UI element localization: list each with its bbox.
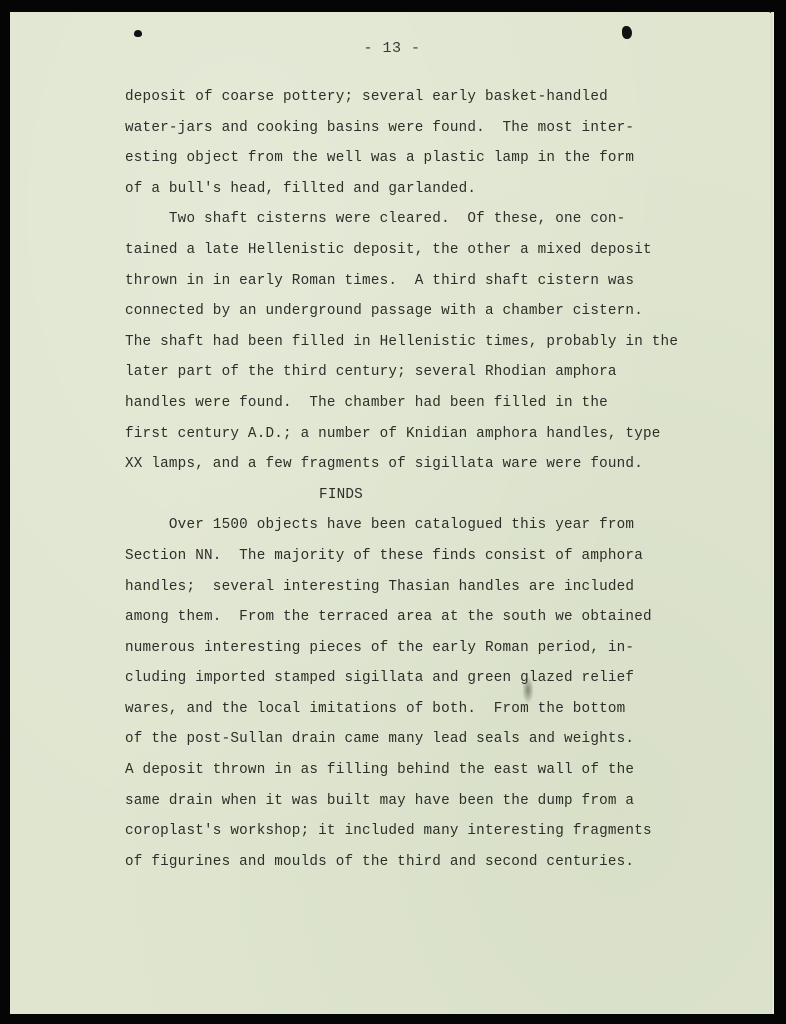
- paragraph-cisterns: Two shaft cisterns were cleared. Of thes…: [125, 204, 725, 479]
- text-line: of a bull's head, fillted and garlanded.: [125, 174, 725, 205]
- page-edge: [771, 12, 774, 1014]
- punch-hole-right: [622, 26, 632, 39]
- text-line: of figurines and moulds of the third and…: [125, 847, 725, 878]
- paragraph-well-finds: deposit of coarse pottery; several early…: [125, 82, 725, 204]
- page-number: - 13 -: [10, 40, 774, 57]
- text-line: The shaft had been filled in Hellenistic…: [125, 327, 725, 358]
- text-line: esting object from the well was a plasti…: [125, 143, 725, 174]
- typewritten-page: - 13 - deposit of coarse pottery; severa…: [10, 12, 774, 1014]
- text-line: handles; several interesting Thasian han…: [125, 572, 725, 603]
- text-line: tained a late Hellenistic deposit, the o…: [125, 235, 725, 266]
- text-line: cluding imported stamped sigillata and g…: [125, 663, 725, 694]
- text-line: coroplast's workshop; it included many i…: [125, 816, 725, 847]
- text-line: first century A.D.; a number of Knidian …: [125, 419, 725, 450]
- paragraph-finds: Over 1500 objects have been catalogued t…: [125, 510, 725, 877]
- text-line: water-jars and cooking basins were found…: [125, 113, 725, 144]
- text-line: numerous interesting pieces of the early…: [125, 633, 725, 664]
- text-line: same drain when it was built may have be…: [125, 786, 725, 817]
- text-line: handles were found. The chamber had been…: [125, 388, 725, 419]
- text-line: A deposit thrown in as filling behind th…: [125, 755, 725, 786]
- text-line: wares, and the local imitations of both.…: [125, 694, 725, 725]
- text-line: later part of the third century; several…: [125, 357, 725, 388]
- text-line: XX lamps, and a few fragments of sigilla…: [125, 449, 725, 480]
- punch-hole-left: [134, 30, 142, 37]
- text-line: thrown in in early Roman times. A third …: [125, 266, 725, 297]
- document-body: deposit of coarse pottery; several early…: [125, 82, 725, 877]
- text-line: Two shaft cisterns were cleared. Of thes…: [125, 204, 725, 235]
- section-heading-finds: FINDS: [125, 480, 557, 511]
- text-line: among them. From the terraced area at th…: [125, 602, 725, 633]
- text-line: deposit of coarse pottery; several early…: [125, 82, 725, 113]
- text-line: Section NN. The majority of these finds …: [125, 541, 725, 572]
- text-line: of the post-Sullan drain came many lead …: [125, 724, 725, 755]
- text-line: connected by an underground passage with…: [125, 296, 725, 327]
- text-line: Over 1500 objects have been catalogued t…: [125, 510, 725, 541]
- ink-smudge: [522, 676, 534, 704]
